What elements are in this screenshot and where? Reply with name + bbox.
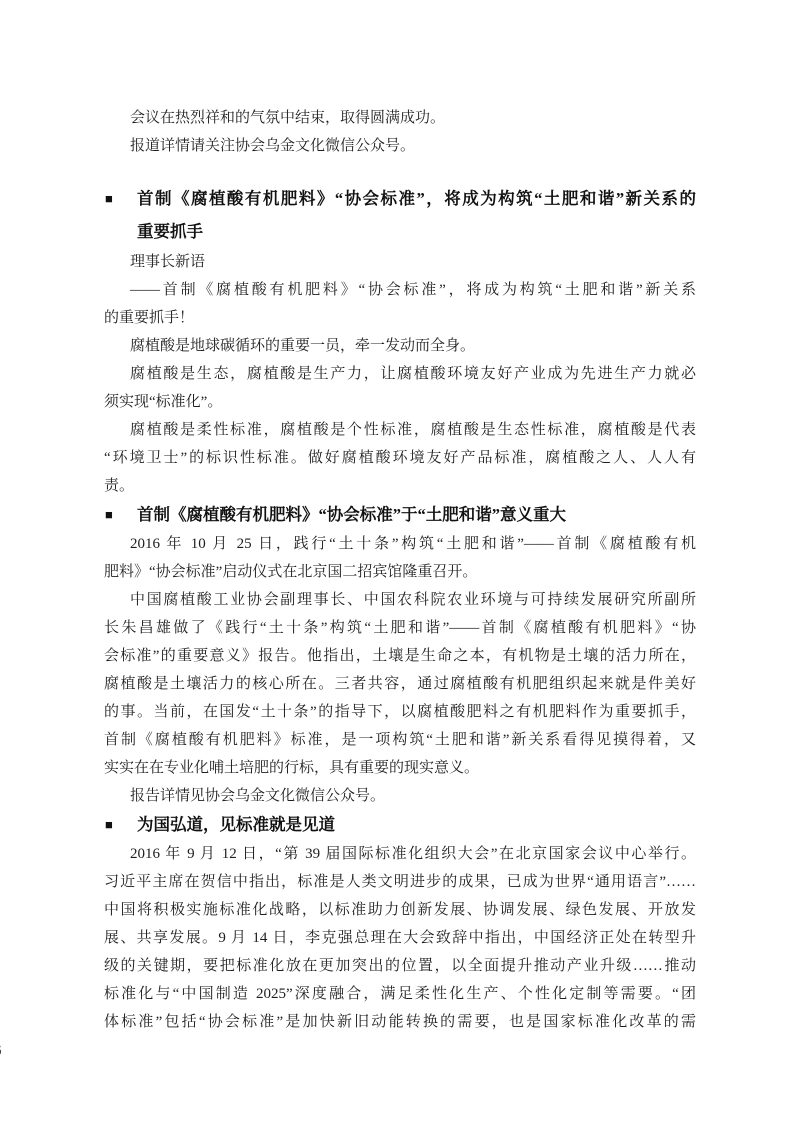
text-line: 实实在在专业化哺土培肥的行标，具有重要的现实意义。 (104, 754, 696, 782)
para-flexible-standard: 腐植酸是柔性标准，腐植酸是个性标准，腐植酸是生态性标准，腐植酸是代表“环境卫士”… (104, 416, 696, 500)
text-line: 腐植酸是地球碳循环的重要一员，牵一发动而全身。 (104, 332, 696, 360)
text-line: 2016 年 9 月 12 日，“第 39 届国际标准化组织大会”在北京国家会议… (104, 840, 696, 868)
text-line: 重要抓手 (137, 215, 696, 248)
para-iso-conference: 2016 年 9 月 12 日，“第 39 届国际标准化组织大会”在北京国家会议… (104, 840, 696, 1036)
para-launch-ceremony: 2016 年 10 月 25 日，践行“土十条”构筑“土肥和谐”——首制《腐植酸… (104, 530, 696, 586)
text-line: 中国将积极实施标准化战略，以标准助力创新发展、协调发展、绿色发展、开放发 (104, 896, 696, 924)
heading-first-standard-new-relationship: ■首制《腐植酸有机肥料》“协会标准”，将成为构筑“土肥和谐”新关系的重要抓手 (104, 182, 696, 248)
text-block: 会议在热烈祥和的气氛中结束，取得圆满成功。报道详情请关注协会乌金文化微信公众号。… (104, 104, 696, 1036)
document-page: 会议在热烈祥和的气氛中结束，取得圆满成功。报道详情请关注协会乌金文化微信公众号。… (0, 0, 799, 1131)
text-line: 标准化与“中国制造 2025”深度融合，满足柔性化生产、个性化定制等需要。“团 (104, 980, 696, 1008)
para-meeting-conclusion: 会议在热烈祥和的气氛中结束，取得圆满成功。 (104, 104, 696, 132)
text-line: 级的关键期，要把标准化放在更加突出的位置，以全面提升推动产业升级……推动 (104, 952, 696, 980)
text-line: 展、共享发展。9 月 14 日，李克强总理在大会致辞中指出，中国经济正处在转型升 (104, 924, 696, 952)
section-bullet-icon: ■ (105, 500, 113, 530)
text-line: ——首制《腐植酸有机肥料》“协会标准”，将成为构筑“土肥和谐”新关系 (104, 276, 696, 304)
para-report-details: 报告详情见协会乌金文化微信公众号。 (104, 782, 696, 810)
text-line: 首制《腐植酸有机肥料》“协会标准”于“土肥和谐”意义重大 (137, 500, 696, 530)
para-heading-echo: ——首制《腐植酸有机肥料》“协会标准”，将成为构筑“土肥和谐”新关系的重要抓手！ (104, 276, 696, 332)
heading-standard-significance: ■首制《腐植酸有机肥料》“协会标准”于“土肥和谐”意义重大 (104, 500, 696, 530)
section-bullet-icon: ■ (105, 182, 113, 215)
text-line: 2016 年 10 月 25 日，践行“土十条”构筑“土肥和谐”——首制《腐植酸… (104, 530, 696, 558)
text-line: 的事。当前，在国发“土十条”的指导下，以腐植酸肥料之有机肥料作为重要抓手， (104, 698, 696, 726)
text-line: 报告详情见协会乌金文化微信公众号。 (104, 782, 696, 810)
text-line: 习近平主席在贺信中指出，标准是人类文明进步的成果，已成为世界“通用语言”…… (104, 868, 696, 896)
text-line: 长朱昌雄做了《践行“土十条”构筑“土肥和谐”——首制《腐植酸有机肥料》“协 (104, 614, 696, 642)
text-line: 首制《腐植酸有机肥料》标准，是一项构筑“土肥和谐”新关系看得见摸得着，又 (104, 726, 696, 754)
text-line: 为国弘道，见标准就是见道 (137, 810, 696, 840)
para-carbon-cycle: 腐植酸是地球碳循环的重要一员，牵一发动而全身。 (104, 332, 696, 360)
text-line: 责。 (104, 472, 696, 500)
heading-advocate-for-nation: ■为国弘道，见标准就是见道 (104, 810, 696, 840)
para-wechat-followup: 报道详情请关注协会乌金文化微信公众号。 (104, 132, 696, 160)
section-bullet-icon: ■ (105, 810, 113, 840)
para-zhu-changxiong-report: 中国腐植酸工业协会副理事长、中国农科院农业环境与可持续发展研究所副所长朱昌雄做了… (104, 586, 696, 782)
text-line: 腐植酸是土壤活力的核心所在。三者共容，通过腐植酸有机肥组织起来就是件美好 (104, 670, 696, 698)
text-line: 体标准”包括“协会标准”是加快新旧动能转换的需要，也是国家标准化改革的需 (104, 1008, 696, 1036)
text-line: 肥料》“协会标准”启动仪式在北京国二招宾馆隆重召开。 (104, 558, 696, 586)
text-line: 会议在热烈祥和的气氛中结束，取得圆满成功。 (104, 104, 696, 132)
text-line: 理事长新语 (104, 248, 696, 276)
text-line: 中国腐植酸工业协会副理事长、中国农科院农业环境与可持续发展研究所副所 (104, 586, 696, 614)
para-ecology-productivity: 腐植酸是生态，腐植酸是生产力，让腐植酸环境友好产业成为先进生产力就必须实现“标准… (104, 360, 696, 416)
text-line: 报道详情请关注协会乌金文化微信公众号。 (104, 132, 696, 160)
page-number: 6 (0, 1041, 2, 1061)
para-chairman-new-words: 理事长新语 (104, 248, 696, 276)
text-line: 腐植酸是生态，腐植酸是生产力，让腐植酸环境友好产业成为先进生产力就必 (104, 360, 696, 388)
text-line: “环境卫士”的标识性标准。做好腐植酸环境友好产品标准，腐植酸之人、人人有 (104, 444, 696, 472)
text-line: 的重要抓手！ (104, 304, 696, 332)
text-line: 腐植酸是柔性标准，腐植酸是个性标准，腐植酸是生态性标准，腐植酸是代表 (104, 416, 696, 444)
text-line: 须实现“标准化”。 (104, 388, 696, 416)
text-line: 首制《腐植酸有机肥料》“协会标准”，将成为构筑“土肥和谐”新关系的 (137, 182, 696, 215)
text-line: 会标准”的重要意义》报告。他指出，土壤是生命之本，有机物是土壤的活力所在， (104, 642, 696, 670)
